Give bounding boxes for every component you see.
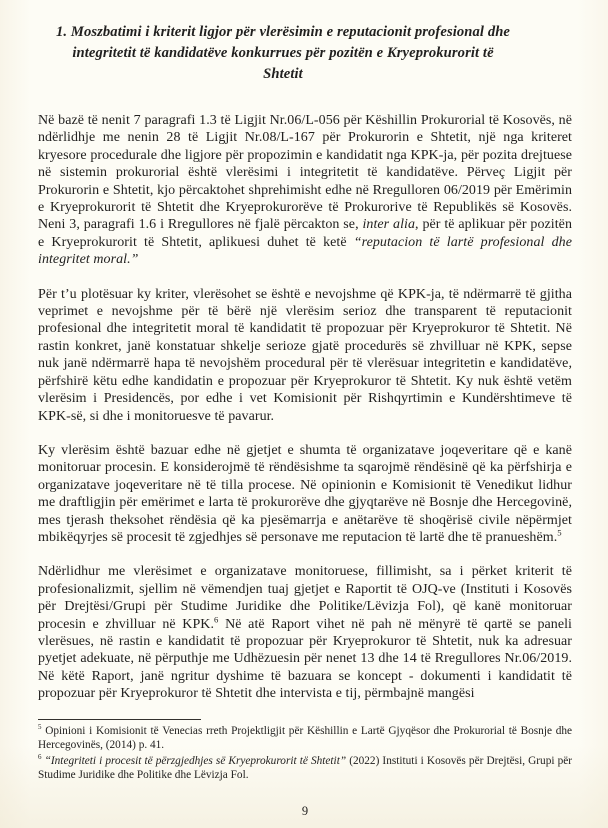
paragraph-2: Për t’u plotësuar ky kriter, vlerësohet … — [38, 286, 572, 425]
page-number: 9 — [38, 804, 572, 819]
page-content: 1. Moszbatimi i kriterit ligjor për vler… — [0, 0, 608, 819]
footnote-6: 6 “Integriteti i procesit të përzgjedhje… — [38, 754, 572, 783]
paragraph-1: Në bazë të nenit 7 paragrafi 1.3 të Ligj… — [38, 112, 572, 269]
footnote-separator — [38, 719, 201, 720]
paragraph-4: Ndërlidhur me vlerësimet e organizatave … — [38, 563, 572, 702]
footnotes-section: 5 Opinioni i Komisionit të Venecias rret… — [38, 724, 572, 783]
paragraph-3: Ky vlerësim është bazuar edhe në gjetjet… — [38, 442, 572, 546]
footnote-5: 5 Opinioni i Komisionit të Venecias rret… — [38, 724, 572, 753]
scanned-page: 1. Moszbatimi i kriterit ligjor për vler… — [0, 0, 608, 828]
section-heading: 1. Moszbatimi i kriterit ligjor për vler… — [52, 22, 514, 85]
